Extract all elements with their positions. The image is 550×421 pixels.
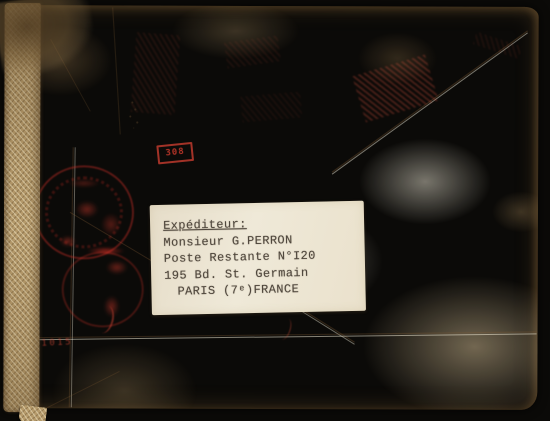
boxed-number-handstamp: 308 [156,142,194,165]
red-ink-streak [473,32,523,59]
meter-stamp-residue-faint [224,35,281,68]
meter-stamp-residue-faint [240,92,302,123]
ink-speckle [129,116,131,118]
meter-stamp-residue-faint [131,32,181,115]
address-line-city-country: PARIS (7ᵉ)FRANCE [164,280,365,301]
ink-speckle [131,102,133,104]
sender-address-label: Expéditeur: Monsieur G.PERRON Poste Rest… [150,201,366,315]
censor-tape [3,3,40,412]
photo-background: 308 21015 Expéditeur: Monsieur G.PERRON … [0,0,550,421]
ink-speckle [133,128,134,129]
envelope-back: 308 21015 Expéditeur: Monsieur G.PERRON … [4,5,538,410]
censor-tape-end [18,405,47,421]
circular-censor-handstamp [34,165,134,259]
red-ink-mark [276,317,293,341]
meter-stamp-residue [352,54,439,122]
ink-speckle [136,122,138,124]
ink-speckle [134,109,136,111]
